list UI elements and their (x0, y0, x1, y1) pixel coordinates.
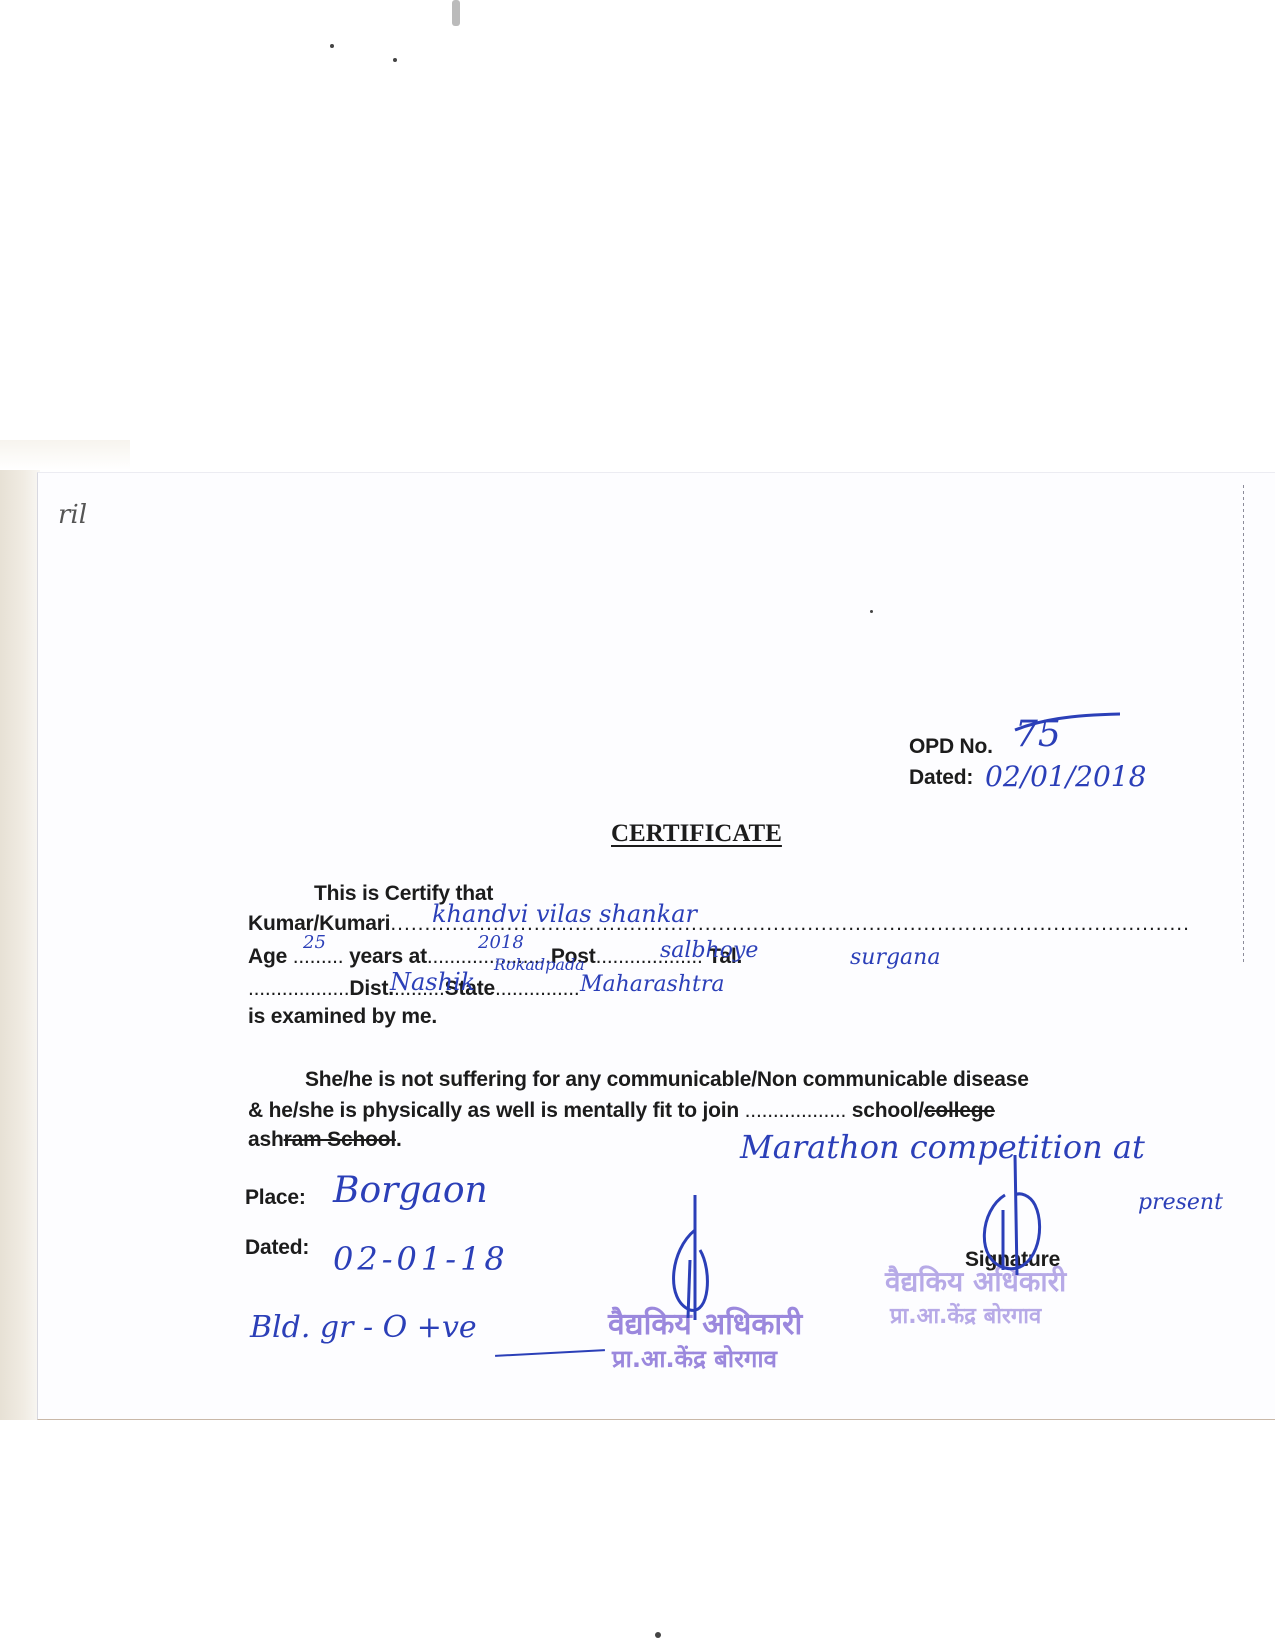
age-value: 25 (303, 932, 326, 953)
scan-speck (393, 58, 397, 62)
signature-left-icon (650, 1190, 720, 1330)
name-line: Kumar/Kumari............................… (248, 912, 1190, 936)
body-line-2: & he/she is physically as well is mental… (248, 1099, 995, 1123)
stamp-left-line2: प्रा.आ.केंद्र बोरगाव (612, 1342, 777, 1375)
college-word-struck: college (924, 1099, 995, 1122)
body-line-3: ashram School. (248, 1128, 402, 1152)
years-at-value: 2018 (478, 932, 524, 953)
line3-period: . (396, 1128, 402, 1151)
header-dated-value: 02/01/2018 (985, 760, 1146, 793)
footer-dated-value: 02-01-18 (333, 1240, 509, 1278)
purpose-handwritten-2: present (1138, 1190, 1223, 1215)
scan-background-edge (0, 440, 130, 470)
school-blank: .................. (745, 1099, 846, 1122)
place-label: Place: (245, 1186, 306, 1210)
certificate-title: CERTIFICATE (611, 820, 782, 848)
header-dated-label: Dated: (909, 766, 973, 790)
scan-speck (330, 44, 334, 48)
state-value: Maharashtra (580, 972, 725, 997)
body-line-2-text: & he/she is physically as well is mental… (248, 1099, 739, 1122)
tal-value: surgana (850, 945, 940, 970)
ashram-prefix: ash (248, 1128, 284, 1151)
margin-mark: ril (58, 500, 87, 530)
dist-label: Dist. (349, 977, 394, 1000)
age-label: Age (248, 945, 287, 968)
paper-fold-line (1243, 485, 1244, 965)
ashram-school-struck: ram School (284, 1128, 396, 1151)
purpose-handwritten: Marathon competition at (740, 1128, 1145, 1166)
post-value: salbhoye (660, 938, 758, 963)
scan-speck (870, 610, 873, 613)
years-at-note: Rokadpada (494, 955, 585, 974)
dist-value: Nashik (390, 968, 475, 996)
examined-text: is examined by me. (248, 1005, 437, 1029)
school-word: school/ (852, 1099, 924, 1122)
years-at-label: years at (349, 945, 427, 968)
blood-group-note: Bld. gr - O +ve (250, 1310, 477, 1345)
scan-speck (452, 0, 460, 26)
body-line-1: She/he is not suffering for any communic… (305, 1068, 1029, 1092)
stamp-right-line2: प्रा.आ.केंद्र बोरगाव (890, 1300, 1041, 1330)
place-value: Borgaon (333, 1170, 488, 1211)
signature-right-icon (975, 1150, 1055, 1280)
scan-background-stain (0, 470, 40, 1420)
footer-dated-label: Dated: (245, 1236, 309, 1260)
opd-arrow-stroke (1010, 710, 1130, 750)
scan-speck (655, 1632, 661, 1638)
opd-label: OPD No. (909, 735, 993, 759)
name-value: khandvi vilas shankar (432, 900, 697, 928)
